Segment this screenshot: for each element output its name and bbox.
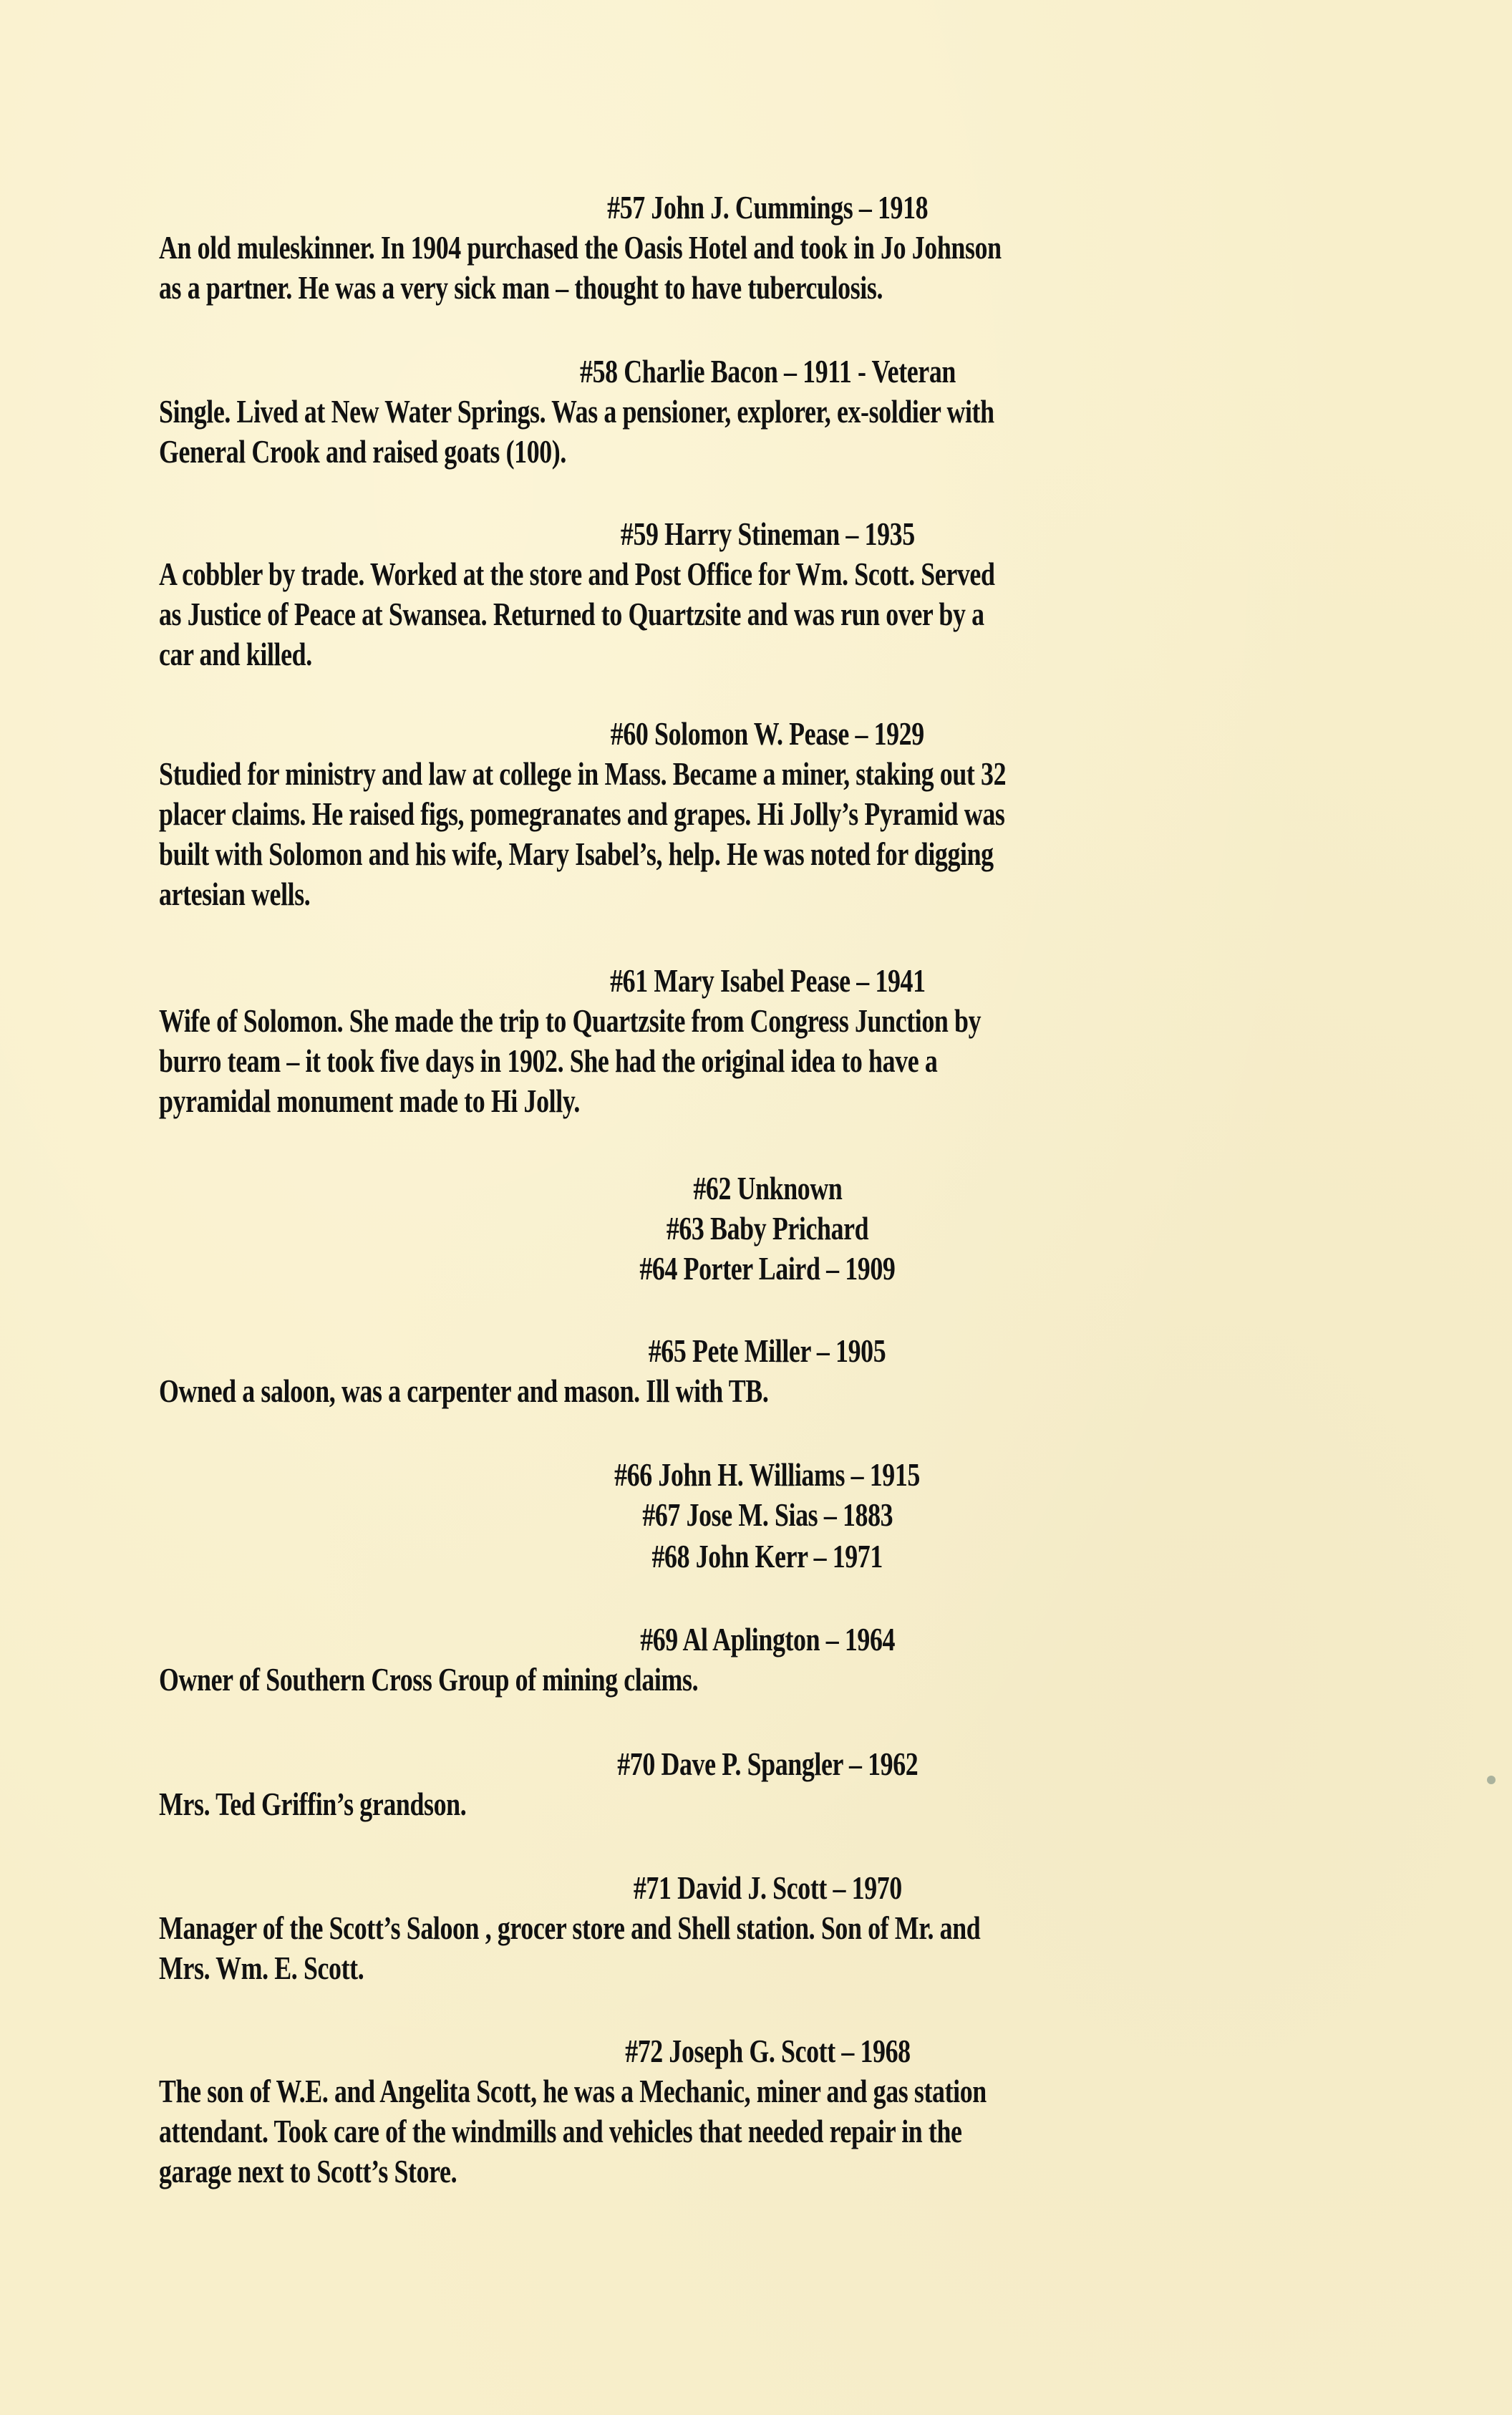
entry-58: #58 Charlie Bacon – 1911 - Veteran Singl… <box>159 352 1376 472</box>
entry-65: #65 Pete Miller – 1905 Owned a saloon, w… <box>159 1331 1376 1411</box>
entry-body-line: built with Solomon and his wife, Mary Is… <box>159 834 1376 874</box>
entry-body-line: burro team – it took five days in 1902. … <box>159 1041 1376 1081</box>
entry-59: #59 Harry Stineman – 1935 A cobbler by t… <box>159 514 1376 674</box>
paper-speck <box>1487 1776 1496 1784</box>
entry-61: #61 Mary Isabel Pease – 1941 Wife of Sol… <box>159 961 1376 1121</box>
entry-57: #57 John J. Cummings – 1918 An old mules… <box>159 188 1376 308</box>
entry-body-line: garage next to Scott’s Store. <box>159 2152 1376 2192</box>
entry-body-line: car and killed. <box>159 634 1376 674</box>
entry-heading: #69 Al Aplington – 1964 <box>159 1620 1376 1660</box>
entry-body-line: A cobbler by trade. Worked at the store … <box>159 554 1376 594</box>
entry-body-line: artesian wells. <box>159 874 1376 914</box>
entry-body-line: Single. Lived at New Water Springs. Was … <box>159 392 1376 432</box>
entry-heading: #64 Porter Laird – 1909 <box>159 1249 1376 1289</box>
entry-body-line: The son of W.E. and Angelita Scott, he w… <box>159 2071 1376 2111</box>
entry-heading: #68 John Kerr – 1971 <box>159 1536 1376 1577</box>
entry-body-line: Wife of Solomon. She made the trip to Qu… <box>159 1001 1376 1041</box>
entry-body-line: Owner of Southern Cross Group of mining … <box>159 1660 1376 1700</box>
entry-heading: #63 Baby Prichard <box>159 1209 1376 1249</box>
entry-body-line: as Justice of Peace at Swansea. Returned… <box>159 594 1376 634</box>
entry-body-line: Owned a saloon, was a carpenter and maso… <box>159 1371 1376 1411</box>
entry-body-line: Mrs. Wm. E. Scott. <box>159 1948 1376 1988</box>
entry-heading: #71 David J. Scott – 1970 <box>159 1868 1376 1908</box>
entry-body-line: pyramidal monument made to Hi Jolly. <box>159 1081 1376 1121</box>
entry-body-line: An old muleskinner. In 1904 purchased th… <box>159 228 1376 268</box>
entry-heading: #66 John H. Williams – 1915 <box>159 1455 1376 1495</box>
entry-heading: #61 Mary Isabel Pease – 1941 <box>159 961 1376 1001</box>
entry-62: #62 Unknown <box>159 1168 1376 1209</box>
entry-68: #68 John Kerr – 1971 <box>159 1536 1376 1577</box>
entry-heading: #72 Joseph G. Scott – 1968 <box>159 2031 1376 2071</box>
entry-67: #67 Jose M. Sias – 1883 <box>159 1495 1376 1535</box>
entry-heading: #58 Charlie Bacon – 1911 - Veteran <box>159 352 1376 392</box>
entry-71: #71 David J. Scott – 1970 Manager of the… <box>159 1868 1376 1988</box>
entry-heading: #65 Pete Miller – 1905 <box>159 1331 1376 1371</box>
entry-60: #60 Solomon W. Pease – 1929 Studied for … <box>159 714 1376 914</box>
entry-body-line: attendant. Took care of the windmills an… <box>159 2111 1376 2152</box>
entry-66: #66 John H. Williams – 1915 <box>159 1455 1376 1495</box>
entry-63: #63 Baby Prichard <box>159 1209 1376 1249</box>
entry-69: #69 Al Aplington – 1964 Owner of Souther… <box>159 1620 1376 1700</box>
entry-70: #70 Dave P. Spangler – 1962 Mrs. Ted Gri… <box>159 1744 1376 1824</box>
entry-body-line: placer claims. He raised figs, pomegrana… <box>159 794 1376 834</box>
entry-heading: #60 Solomon W. Pease – 1929 <box>159 714 1376 754</box>
entry-heading: #57 John J. Cummings – 1918 <box>159 188 1376 228</box>
entry-body-line: as a partner. He was a very sick man – t… <box>159 268 1376 308</box>
entry-heading: #59 Harry Stineman – 1935 <box>159 514 1376 554</box>
entry-heading: #70 Dave P. Spangler – 1962 <box>159 1744 1376 1784</box>
entry-72: #72 Joseph G. Scott – 1968 The son of W.… <box>159 2031 1376 2192</box>
entry-64: #64 Porter Laird – 1909 <box>159 1249 1376 1289</box>
entry-body-line: Studied for ministry and law at college … <box>159 754 1376 794</box>
entry-heading: #62 Unknown <box>159 1168 1376 1209</box>
entry-body-line: General Crook and raised goats (100). <box>159 432 1376 472</box>
entry-heading: #67 Jose M. Sias – 1883 <box>159 1495 1376 1535</box>
entry-body-line: Mrs. Ted Griffin’s grandson. <box>159 1784 1376 1824</box>
entry-body-line: Manager of the Scott’s Saloon , grocer s… <box>159 1908 1376 1948</box>
